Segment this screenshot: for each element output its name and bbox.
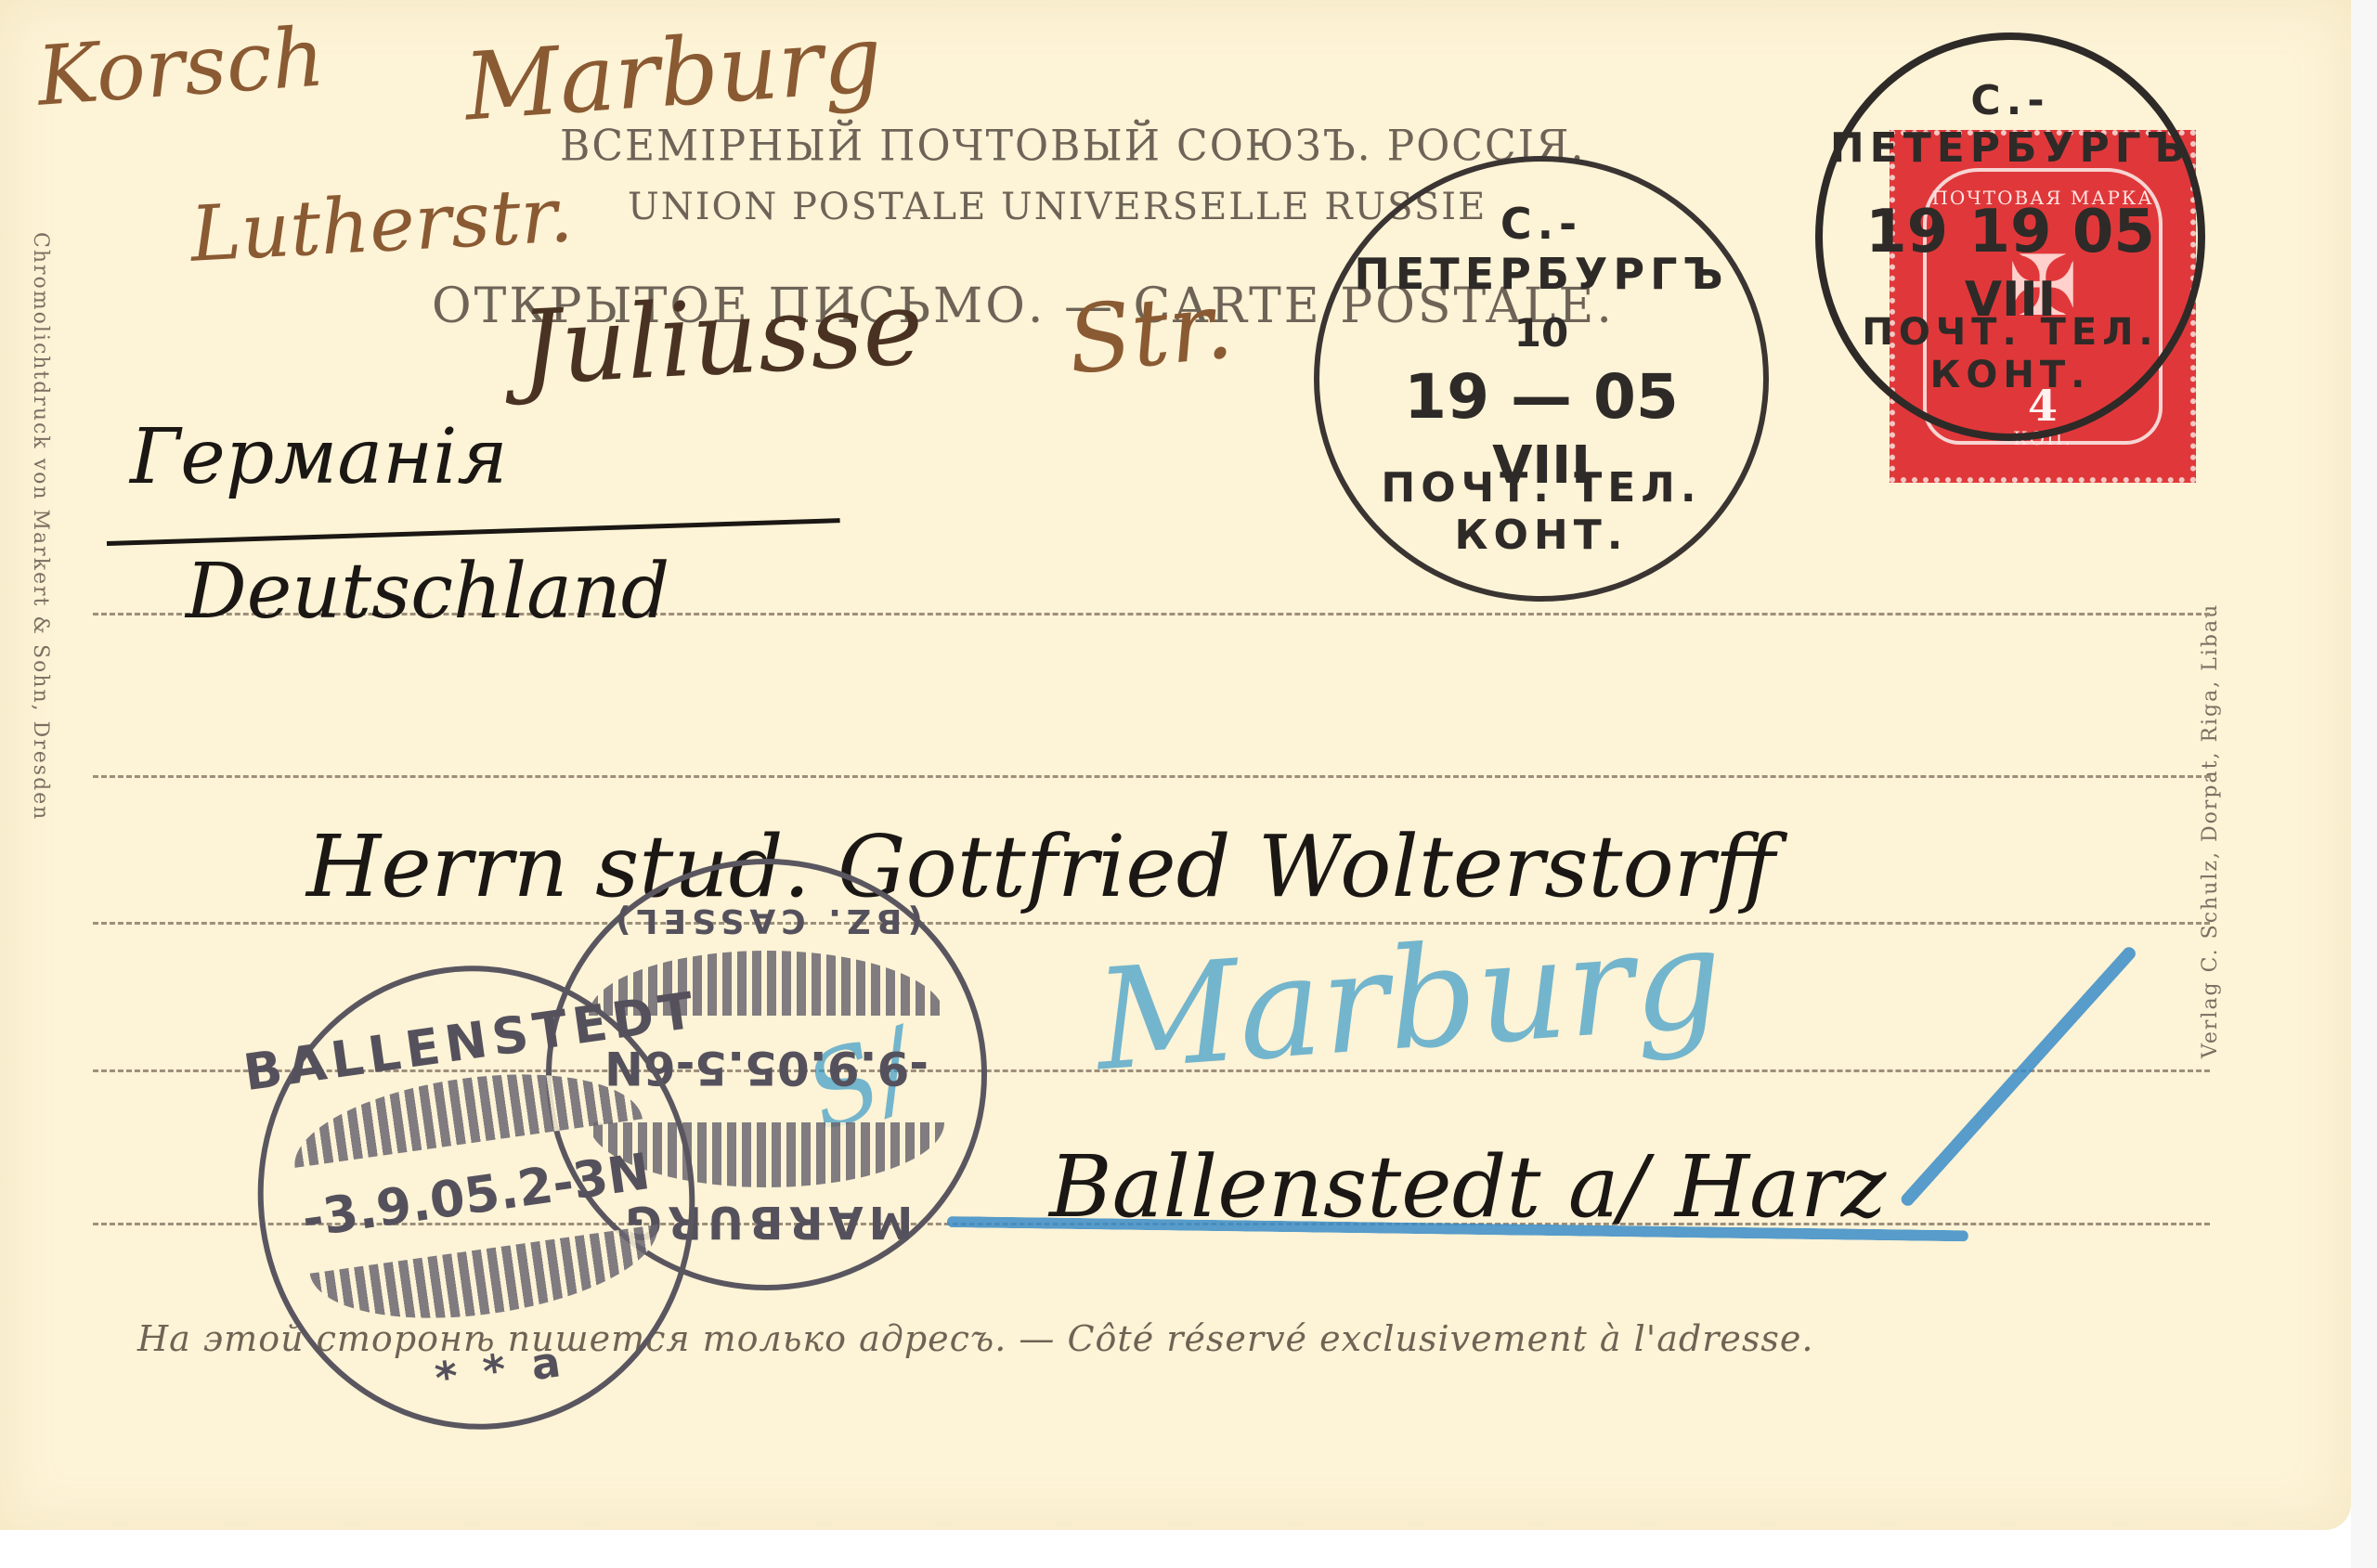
- postmark-top-text: С.-ПЕТЕРБУРГЪ: [1823, 77, 2198, 172]
- bridge-ornament: [310, 1225, 667, 1338]
- handwriting-country-russian: Германія: [130, 413, 508, 501]
- handwriting-addressee: Herrn stud. Gottfried Wolterstorff: [306, 817, 1775, 916]
- postmark-bottom-text: ПОЧТ. ТЕЛ. КОНТ.: [1319, 464, 1763, 559]
- postmark-bottom-text: (BZ. CASSEL): [552, 901, 981, 940]
- header-russian: ВСЕМІРНЫЙ ПОЧТОВЫЙ СОЮЗЪ. РОССІЯ.: [560, 122, 1586, 172]
- postmark-bottom-text: ПОЧТ. ТЕЛ. КОНТ.: [1823, 311, 2198, 396]
- handwriting-korsch: Korsch: [34, 8, 328, 123]
- handwriting-place: Ballenstedt a/ Harz: [1049, 1137, 1886, 1237]
- postmark-top-text: С.-ПЕТЕРБУРГЪ: [1319, 199, 1763, 299]
- publisher-imprint: Verlag C. Schulz, Dorpat, Riga, Libau: [2199, 603, 2222, 1058]
- address-line: [93, 775, 2210, 778]
- handwriting-juliusse: Juliusse: [517, 268, 926, 408]
- address-line: [93, 922, 2210, 925]
- handwriting-str: Str.: [1062, 270, 1238, 395]
- postmark-extra: 10: [1319, 310, 1763, 356]
- background-edge: [2351, 0, 2377, 1568]
- printer-imprint: Chromolichtdruck von Markert & Sohn, Dre…: [29, 232, 52, 821]
- postmark-date: 19 — 05: [1319, 361, 1763, 433]
- russian-stamp-cancel: С.-ПЕТЕРБУРГЪ 19 19 05 VIII ПОЧТ. ТЕЛ. К…: [1815, 32, 2205, 441]
- handwriting-country-german: Deutschland: [186, 548, 669, 636]
- postmark-date: 19 19 05: [1823, 198, 2198, 266]
- russian-postmark: С.-ПЕТЕРБУРГЪ 10 19 — 05 VIII ПОЧТ. ТЕЛ.…: [1314, 156, 1769, 602]
